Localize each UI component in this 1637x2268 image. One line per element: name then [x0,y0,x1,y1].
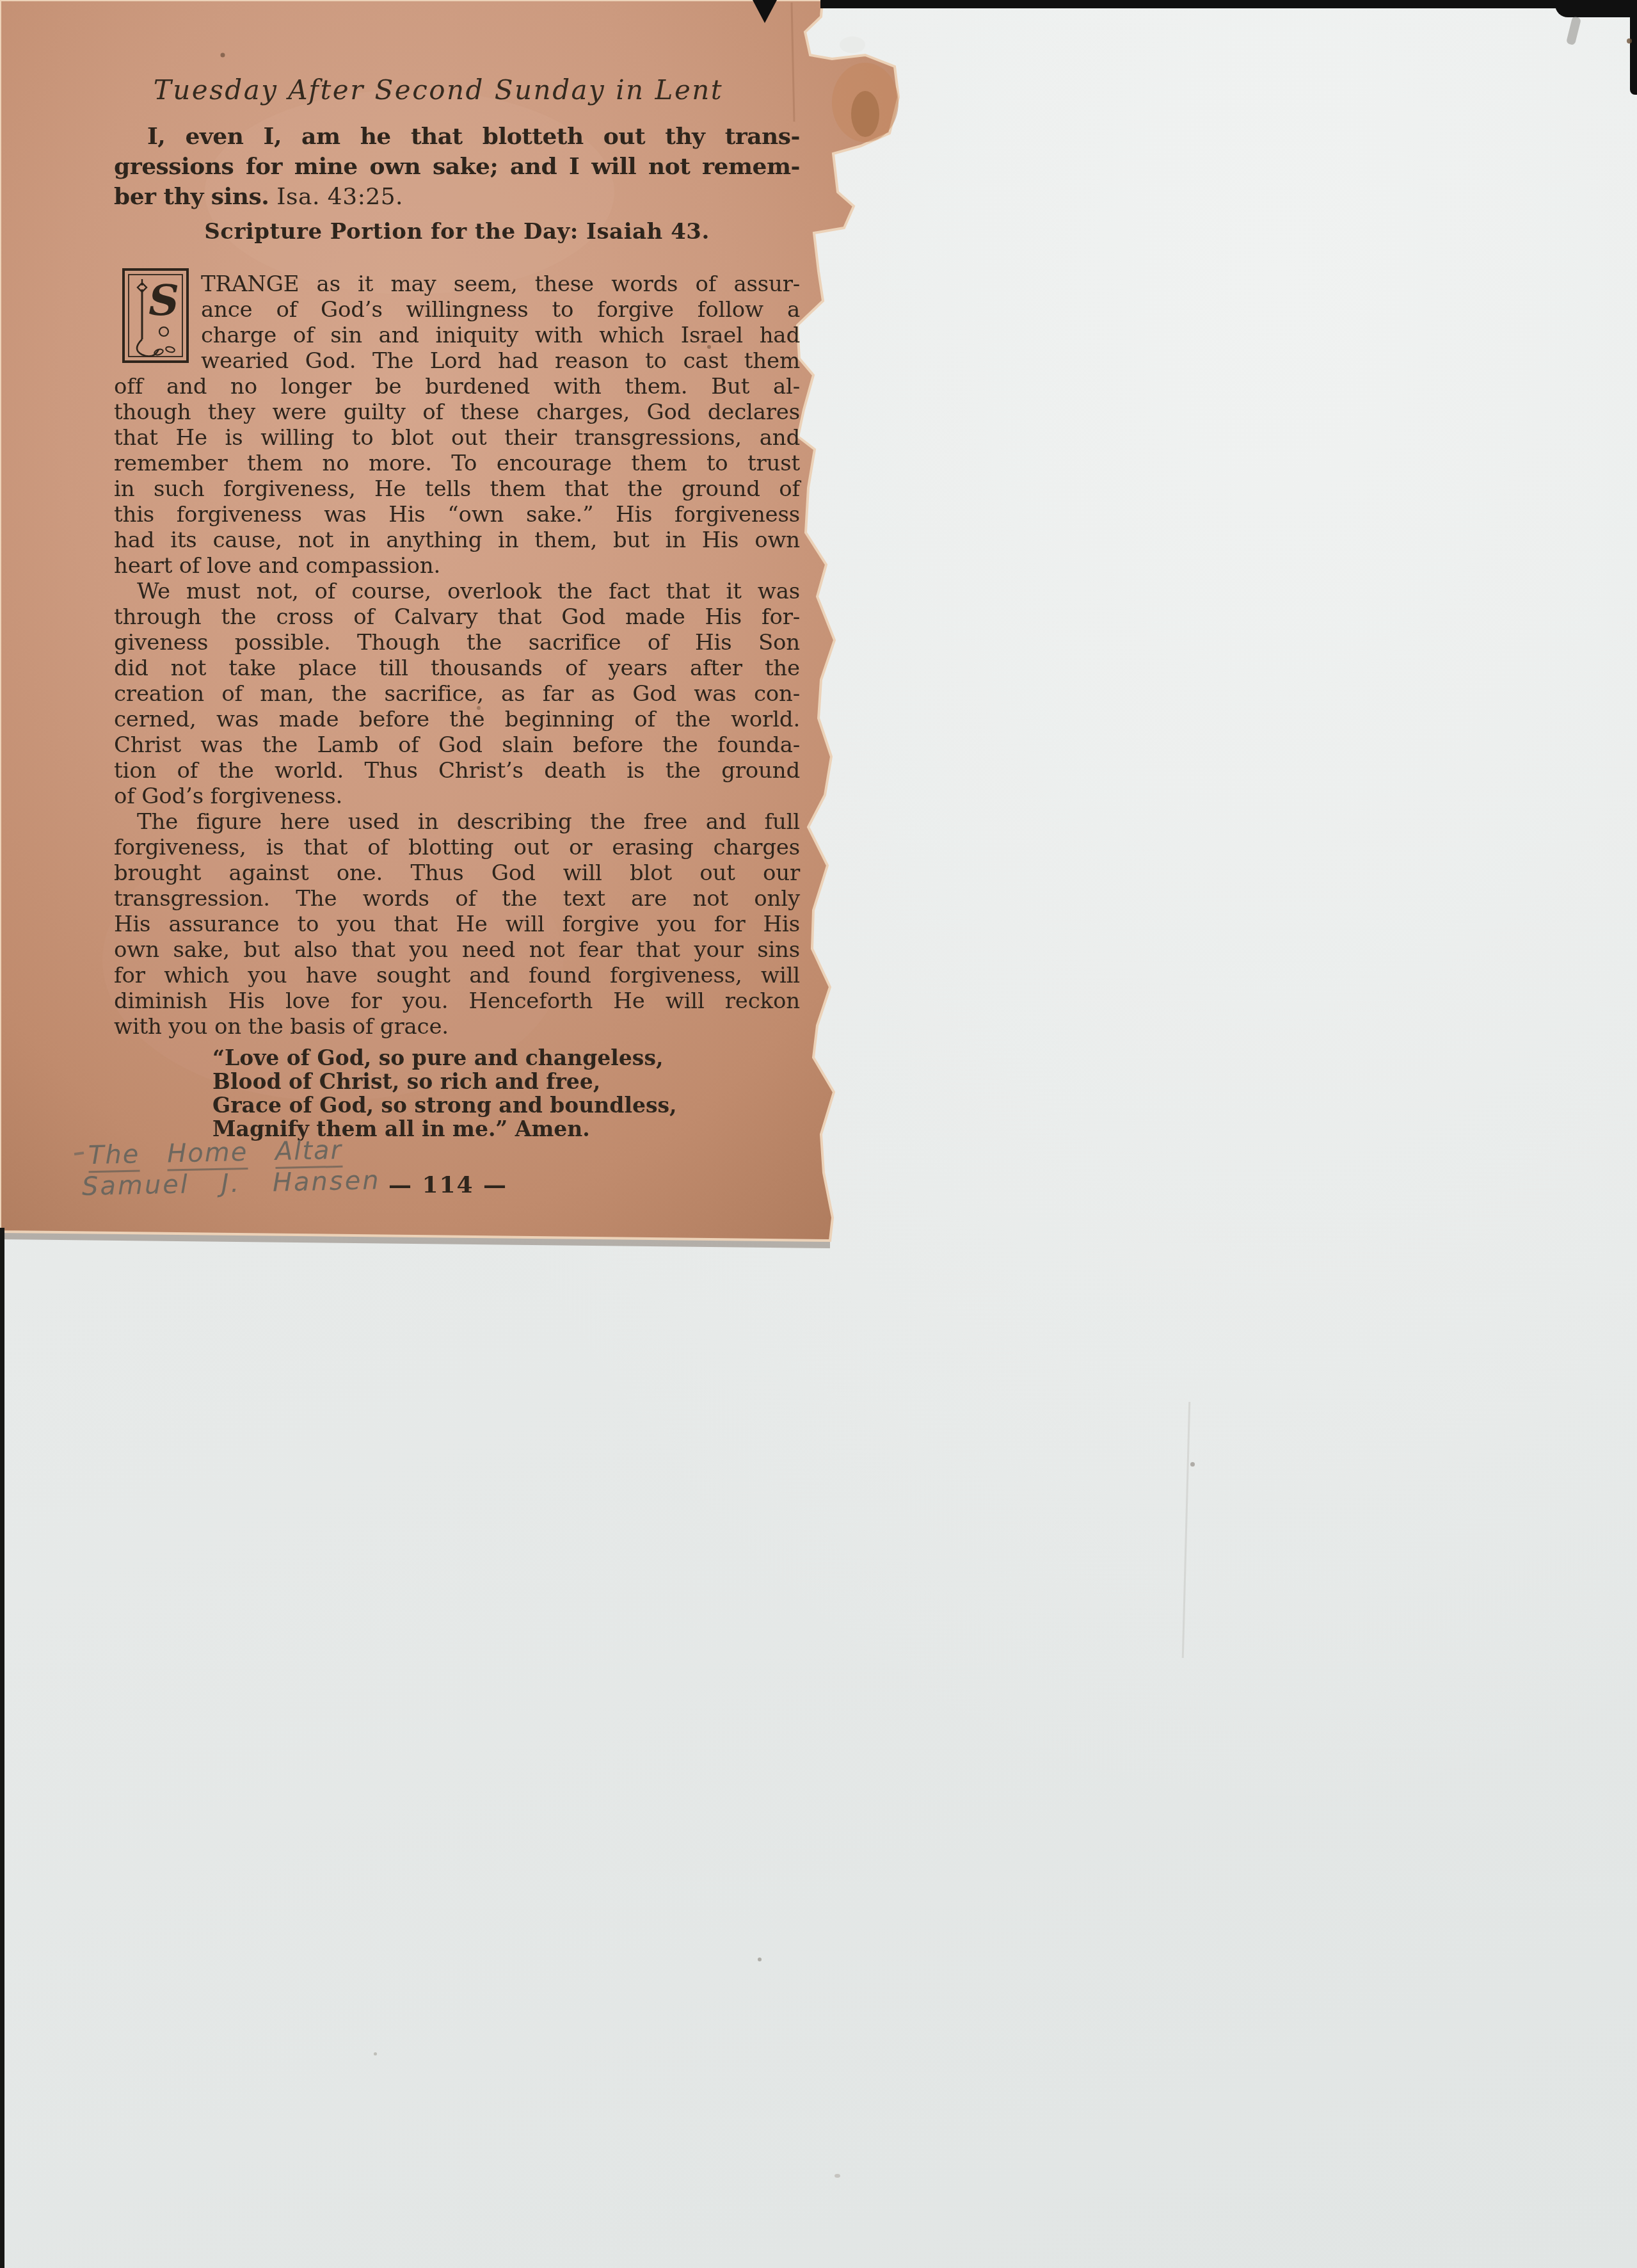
handwritten-word: The [88,1139,140,1173]
text-line: own sake, but also that you need not fea… [114,937,800,963]
ornament-leaf [165,346,175,353]
handwritten-title: The Home Altar [88,1136,343,1170]
verse-reference: Isa. 43:25. [276,184,403,210]
pencil-dash [74,1152,84,1155]
text-line: in such forgiveness, He tells them that … [114,476,800,502]
scanner-edge-right [1630,0,1637,95]
scanner-edge-left [0,1228,4,2268]
text-line: did not take place till thousands of yea… [114,655,800,681]
text-line: Blood of Christ, so rich and free, [212,1070,737,1093]
page-number: — 114 — [358,1171,538,1198]
text-line: forgiveness, is that of blotting out or … [114,835,800,860]
dropcap-letter: S [148,275,179,325]
text-line: transgression. The words of the text are… [114,886,800,912]
text-line: diminish His love for you. Henceforth He… [114,988,800,1014]
verse-line: I, even I, am he that blotteth out thy t… [114,122,800,152]
ornament-vine [137,339,159,357]
dust-speck [374,2052,377,2055]
paragraph-2: We must not, of course, overlook the fac… [114,579,800,809]
verse-line: gressions for mine own sake; and I will … [114,152,800,182]
text-line: His assurance to you that He will forgiv… [114,912,800,937]
text-line: giveness possible. Though the sacrifice … [114,630,800,655]
verse-line: ber thy sins. Isa. 43:25. [114,182,800,212]
dust-speck [834,2174,840,2178]
text-line: creation of man, the sacrifice, as far a… [114,681,800,707]
text-line: Grace of God, so strong and boundless, [212,1093,737,1117]
handwritten-word: Home [167,1138,248,1171]
text-line: with you on the basis of grace. [114,1014,800,1040]
ornament-rosette [159,327,168,336]
text-line: of God’s forgiveness. [114,784,800,809]
closing-poem: “Love of God, so pure and changeless,Blo… [212,1046,737,1141]
dust-speck [1190,1462,1195,1467]
handwritten-word: Altar [275,1136,342,1169]
text-line: off and no longer be burdened with them.… [114,374,800,399]
text-line: wearied God. The Lord had reason to cast… [201,348,800,374]
dust-speck [1627,38,1632,44]
paragraph-1-beside-dropcap: TRANGE as it may seem, these words of as… [201,271,800,374]
handwritten-author: Samuel J. Hansen [82,1166,381,1202]
text-line: TRANGE as it may seem, these words of as… [201,271,800,297]
text-line: for which you have sought and found forg… [114,963,800,988]
verse-quote: I, even I, am he that blotteth out thy t… [114,122,800,212]
scanner-edge-top-right [1555,0,1637,17]
text-line: brought against one. Thus God will blot … [114,860,800,886]
dropcap-ornament: S [122,268,189,364]
text-line: The figure here used in describing the f… [114,809,800,835]
verse-line-bold: ber thy sins. [114,183,269,210]
text-line: charge of sin and iniquity with which Is… [201,323,800,348]
text-line: “Love of God, so pure and changeless, [212,1046,737,1070]
text-line: through the cross of Calvary that God ma… [114,604,800,630]
ornament-leaf [154,348,164,356]
text-line: remember them no more. To encourage them… [114,451,800,476]
page-content: Tuesday After Second Sunday in Lent I, e… [0,0,960,1280]
text-line: this forgiveness was His “own sake.” His… [114,502,800,527]
paragraph-3: The figure here used in describing the f… [114,809,800,1040]
text-line: that He is willing to blot out their tra… [114,425,800,451]
text-line: heart of love and compassion. [114,553,800,579]
text-line: had its cause, not in anything in them, … [114,527,800,553]
scanner-gap-wedge [753,0,777,23]
page-header: Tuesday After Second Sunday in Lent [77,74,800,106]
paragraph-1: off and no longer be burdened with them.… [114,374,800,579]
scanner-edge-top [820,0,1637,8]
text-line: Christ was the Lamb of God slain before … [114,732,800,758]
text-line: We must not, of course, overlook the fac… [114,579,800,604]
dust-speck [758,1958,762,1961]
text-line: cerned, was made before the beginning of… [114,707,800,732]
text-line: tion of the world. Thus Christ’s death i… [114,758,800,784]
text-line: ance of God’s willingness to forgive fol… [201,297,800,323]
text-line: though they were guilty of these charges… [114,399,800,425]
scripture-portion-line: Scripture Portion for the Day: Isaiah 43… [114,219,800,245]
